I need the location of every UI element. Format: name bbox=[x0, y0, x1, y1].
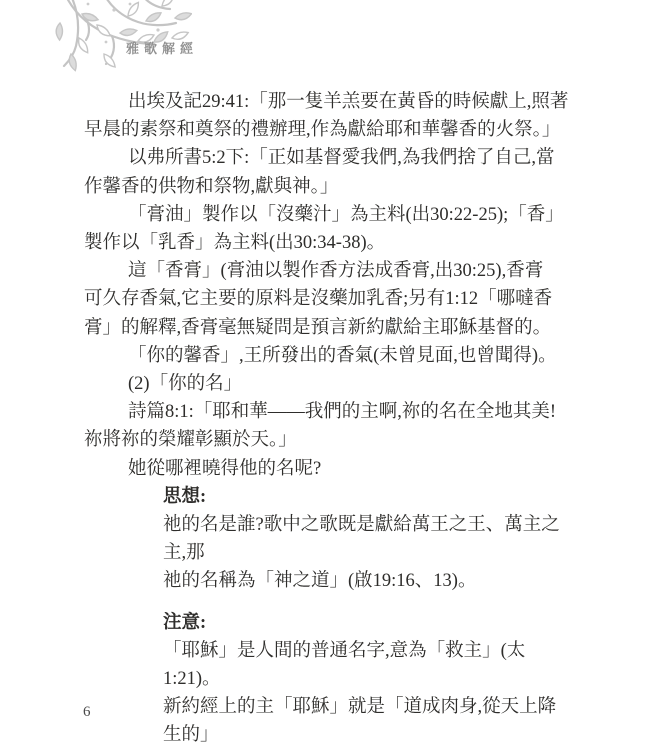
text-line: 祂的名是誰?歌中之歌既是獻給萬王之王、萬主之主,那 bbox=[163, 511, 570, 567]
thought-block: 思想: 祂的名是誰?歌中之歌既是獻給萬王之王、萬主之主,那 祂的名稱為「神之道」… bbox=[163, 483, 570, 596]
text-line: 膏」的解釋,香膏毫無疑問是預言新約獻給主耶穌基督的。 bbox=[84, 314, 570, 342]
text-line: 她從哪裡曉得他的名呢? bbox=[84, 455, 570, 483]
branch-leaves-icon bbox=[42, 0, 192, 72]
text-line: 「耶穌」是人間的普通名字,意為「救主」(太1:21)。 bbox=[163, 637, 570, 693]
paragraph: (2)「你的名」 bbox=[84, 370, 570, 398]
block-label: 思想: bbox=[163, 483, 570, 511]
text-line: 祢將祢的榮耀彰顯於天。」 bbox=[84, 426, 570, 454]
block-label: 注意: bbox=[163, 609, 570, 637]
text-line: 以弗所書5:2下:「正如基督愛我們,為我們捨了自己,當 bbox=[84, 144, 570, 172]
text-line: 「膏油」製作以「沒藥汁」為主料(出30:22-25);「香」 bbox=[84, 201, 570, 229]
text-line: 祂的名稱為「神之道」(啟19:16、13)。 bbox=[163, 567, 570, 595]
text-line: (2)「你的名」 bbox=[84, 370, 570, 398]
text-line: 作馨香的供物和祭物,獻與神。」 bbox=[84, 173, 570, 201]
text-line: 出埃及記29:41:「那一隻羊羔要在黃昏的時候獻上,照著 bbox=[84, 88, 570, 116]
text-line: 早晨的素祭和奠祭的禮辦理,作為獻給耶和華馨香的火祭。」 bbox=[84, 116, 570, 144]
paragraph: 「膏油」製作以「沒藥汁」為主料(出30:22-25);「香」 製作以「乳香」為主… bbox=[84, 201, 570, 257]
text-line: 可久存香氣,它主要的原料是沒藥加乳香;另有1:12「哪噠香 bbox=[84, 285, 570, 313]
text-line: 「你的馨香」,王所發出的香氣(未曾見面,也曾聞得)。 bbox=[84, 342, 570, 370]
text-line: 詩篇8:1:「耶和華——我們的主啊,祢的名在全地其美! bbox=[84, 398, 570, 426]
paragraph: 她從哪裡曉得他的名呢? bbox=[84, 455, 570, 483]
text-line: 製作以「乳香」為主料(出30:34-38)。 bbox=[84, 229, 570, 257]
page-body: 出埃及記29:41:「那一隻羊羔要在黃昏的時候獻上,照著 早晨的素祭和奠祭的禮辦… bbox=[84, 88, 570, 750]
notice-block: 注意: 「耶穌」是人間的普通名字,意為「救主」(太1:21)。 新約經上的主「耶… bbox=[163, 609, 570, 750]
book-page: 雅歌解經 出埃及記29:41:「那一隻羊羔要在黃昏的時候獻上,照著 早晨的素祭和… bbox=[0, 0, 650, 750]
paragraph: 以弗所書5:2下:「正如基督愛我們,為我們捨了自己,當 作馨香的供物和祭物,獻與… bbox=[84, 144, 570, 200]
text-line: 這「香膏」(膏油以製作香方法成香膏,出30:25),香膏 bbox=[84, 257, 570, 285]
paragraph: 這「香膏」(膏油以製作香方法成香膏,出30:25),香膏 可久存香氣,它主要的原… bbox=[84, 257, 570, 342]
paragraph: 詩篇8:1:「耶和華——我們的主啊,祢的名在全地其美! 祢將祢的榮耀彰顯於天。」 bbox=[84, 398, 570, 454]
running-header-title: 雅歌解經 bbox=[126, 38, 198, 57]
paragraph: 出埃及記29:41:「那一隻羊羔要在黃昏的時候獻上,照著 早晨的素祭和奠祭的禮辦… bbox=[84, 88, 570, 144]
paragraph: 「你的馨香」,王所發出的香氣(未曾見面,也曾聞得)。 bbox=[84, 342, 570, 370]
text-line: 新約經上的主「耶穌」就是「道成肉身,從天上降生的」 bbox=[163, 693, 570, 749]
page-number: 6 bbox=[83, 704, 91, 721]
